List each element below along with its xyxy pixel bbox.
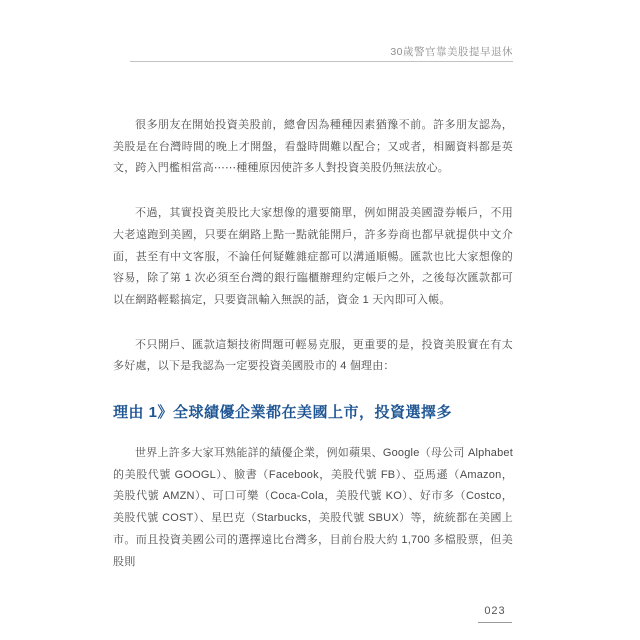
running-header-title: 30歲警官靠美股提早退休	[390, 44, 513, 59]
page-footer: 023	[478, 601, 512, 623]
header-rule	[130, 61, 513, 62]
paragraph-account-opening: 不過，其實投資美股比大家想像的還要簡單，例如開設美國證券帳戶，不用大老遠跑到美國…	[113, 203, 513, 312]
book-page: 30歲警官靠美股提早退休 很多朋友在開始投資美股前，總會因為種種因素猶豫不前。許…	[0, 0, 640, 640]
paragraph-blue-chip-companies: 世界上許多大家耳熟能詳的績優企業，例如蘋果、Google（母公司 Alphabe…	[113, 443, 513, 573]
paragraph-intro-hesitation: 很多朋友在開始投資美股前，總會因為種種因素猶豫不前。許多朋友認為，美股是在台灣時…	[113, 115, 513, 180]
section-heading-reason-1: 理由 1》全球績優企業都在美國上市，投資選擇多	[113, 401, 513, 425]
page-number: 023	[484, 605, 505, 617]
page-content: 很多朋友在開始投資美股前，總會因為種種因素猶豫不前。許多朋友認為，美股是在台灣時…	[113, 115, 513, 573]
paragraph-four-reasons-intro: 不只開戶、匯款這類技術問題可輕易克服，更重要的是，投資美股實在有太多好處，以下是…	[113, 335, 513, 378]
